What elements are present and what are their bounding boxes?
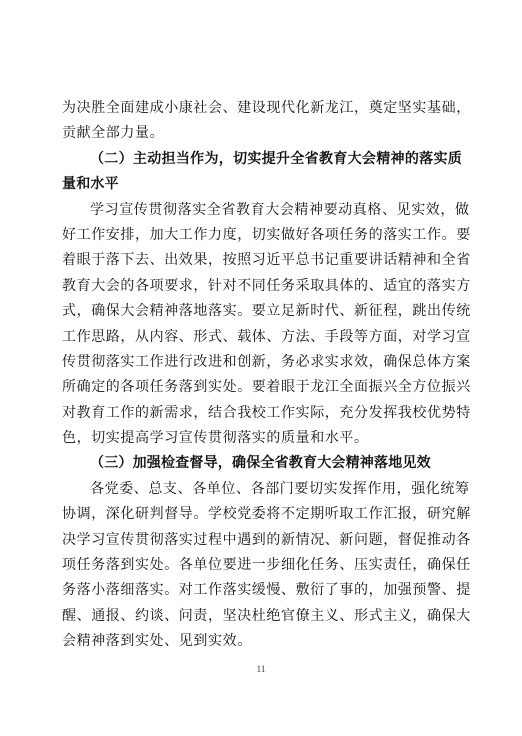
paragraph-line: 贡献全部力量。 bbox=[62, 121, 462, 146]
paragraph-line: 为决胜全面建成小康社会、建设现代化新龙江，奠定坚实基础， bbox=[62, 96, 462, 121]
line-text: 会精神落到实处、见到实效。 bbox=[62, 629, 462, 654]
paragraph-line: 醒、通报、约谈、问责，坚决杜绝官僚主义、形式主义，确保大 bbox=[62, 604, 462, 629]
line-text: 所确定的各项任务落到实处。要着眼于龙江全面振兴全方位振兴 bbox=[62, 375, 462, 400]
paragraph-line: 学习宣传贯彻落实全省教育大会精神要动真格、见实效，做 bbox=[62, 198, 462, 223]
line-text: 对教育工作的新需求，结合我校工作实际，充分发挥我校优势特 bbox=[62, 401, 462, 426]
paragraph-line: 所确定的各项任务落到实处。要着眼于龙江全面振兴全方位振兴 bbox=[62, 375, 462, 400]
line-text: 传贯彻落实工作进行改进和创新，务必求实求效，确保总体方案 bbox=[62, 350, 462, 375]
line-text: （三）加强检查督导，确保全省教育大会精神落地见效 bbox=[90, 451, 462, 476]
paragraph-line: 协调，深化研判督导。学校党委将不定期听取工作汇报，研究解 bbox=[62, 502, 462, 527]
paragraph-line: 务落小落细落实。对工作落实缓慢、敷衍了事的，加强预警、提 bbox=[62, 578, 462, 603]
line-text: 好工作安排，加大工作力度，切实做好各项任务的落实工作。要 bbox=[62, 223, 462, 248]
line-text: 为决胜全面建成小康社会、建设现代化新龙江，奠定坚实基础， bbox=[62, 96, 462, 121]
line-text: 醒、通报、约谈、问责，坚决杜绝官僚主义、形式主义，确保大 bbox=[62, 604, 462, 629]
line-text: 各党委、总支、各单位、各部门要切实发挥作用，强化统筹 bbox=[90, 477, 462, 502]
page-number: 11 bbox=[0, 664, 522, 674]
paragraph-line: 式，确保大会精神落地落实。要立足新时代、新征程，跳出传统 bbox=[62, 299, 462, 324]
paragraph-line: 教育大会的各项要求，针对不同任务采取具体的、适宜的落实方 bbox=[62, 274, 462, 299]
line-text: 决学习宣传贯彻落实过程中遇到的新情况、新问题，督促推动各 bbox=[62, 528, 462, 553]
line-text: 协调，深化研判督导。学校党委将不定期听取工作汇报，研究解 bbox=[62, 502, 462, 527]
line-text: 学习宣传贯彻落实全省教育大会精神要动真格、见实效，做 bbox=[90, 198, 462, 223]
line-text: 量和水平 bbox=[62, 172, 462, 197]
line-text: 色，切实提高学习宣传贯彻落实的质量和水平。 bbox=[62, 426, 462, 451]
document-body: 为决胜全面建成小康社会、建设现代化新龙江，奠定坚实基础，贡献全部力量。（二）主动… bbox=[62, 96, 462, 655]
line-text: 项任务落到实处。各单位要进一步细化任务、压实责任，确保任 bbox=[62, 553, 462, 578]
document-page: 为决胜全面建成小康社会、建设现代化新龙江，奠定坚实基础，贡献全部力量。（二）主动… bbox=[0, 0, 522, 736]
paragraph-line: 各党委、总支、各单位、各部门要切实发挥作用，强化统筹 bbox=[62, 477, 462, 502]
line-text: 式，确保大会精神落地落实。要立足新时代、新征程，跳出传统 bbox=[62, 299, 462, 324]
paragraph-line: 传贯彻落实工作进行改进和创新，务必求实求效，确保总体方案 bbox=[62, 350, 462, 375]
paragraph-line: 色，切实提高学习宣传贯彻落实的质量和水平。 bbox=[62, 426, 462, 451]
line-text: （二）主动担当作为，切实提升全省教育大会精神的落实质 bbox=[90, 147, 462, 172]
paragraph-line: 项任务落到实处。各单位要进一步细化任务、压实责任，确保任 bbox=[62, 553, 462, 578]
line-text: 教育大会的各项要求，针对不同任务采取具体的、适宜的落实方 bbox=[62, 274, 462, 299]
paragraph-line: 决学习宣传贯彻落实过程中遇到的新情况、新问题，督促推动各 bbox=[62, 528, 462, 553]
line-text: 贡献全部力量。 bbox=[62, 121, 462, 146]
section-heading-line: 量和水平 bbox=[62, 172, 462, 197]
paragraph-line: 好工作安排，加大工作力度，切实做好各项任务的落实工作。要 bbox=[62, 223, 462, 248]
paragraph-line: 工作思路，从内容、形式、载体、方法、手段等方面，对学习宣 bbox=[62, 325, 462, 350]
line-text: 务落小落细落实。对工作落实缓慢、敷衍了事的，加强预警、提 bbox=[62, 578, 462, 603]
line-text: 工作思路，从内容、形式、载体、方法、手段等方面，对学习宣 bbox=[62, 325, 462, 350]
section-heading-line: （二）主动担当作为，切实提升全省教育大会精神的落实质 bbox=[62, 147, 462, 172]
section-heading-line: （三）加强检查督导，确保全省教育大会精神落地见效 bbox=[62, 451, 462, 476]
paragraph-line: 对教育工作的新需求，结合我校工作实际，充分发挥我校优势特 bbox=[62, 401, 462, 426]
paragraph-line: 会精神落到实处、见到实效。 bbox=[62, 629, 462, 654]
line-text: 着眼于落下去、出效果，按照习近平总书记重要讲话精神和全省 bbox=[62, 248, 462, 273]
paragraph-line: 着眼于落下去、出效果，按照习近平总书记重要讲话精神和全省 bbox=[62, 248, 462, 273]
